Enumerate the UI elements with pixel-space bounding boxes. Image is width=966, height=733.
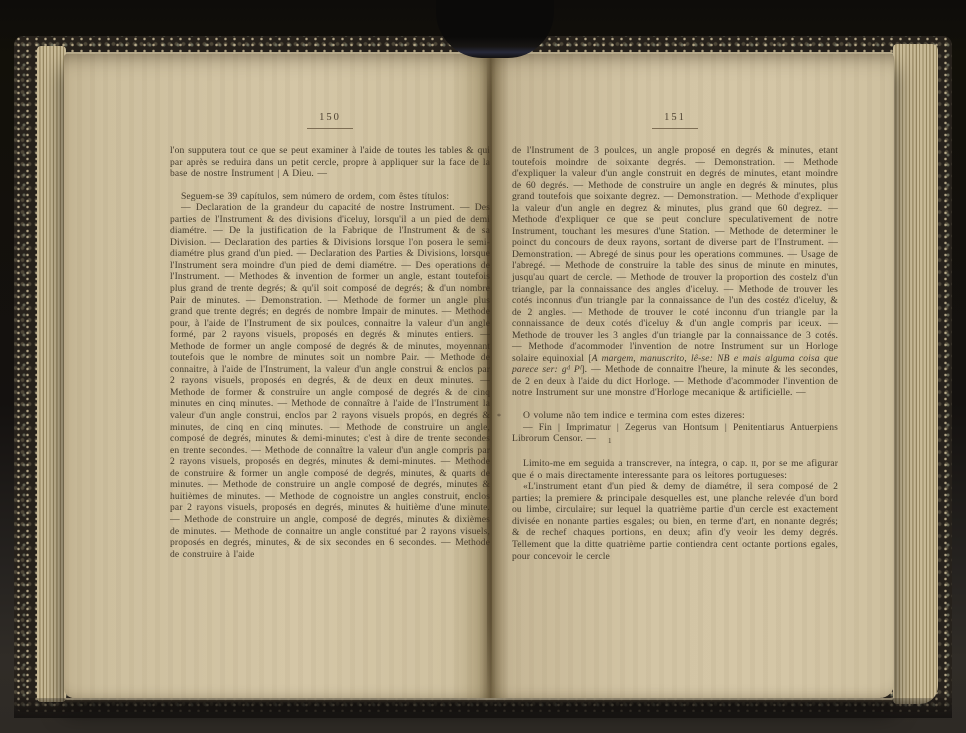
page-number-rule bbox=[652, 128, 698, 129]
open-pages: 150 l'on supputera tout ce que se peut e… bbox=[64, 54, 894, 698]
page-edges-right bbox=[893, 44, 938, 704]
page-number: 151 bbox=[512, 112, 838, 123]
text-run: — Declaration de la grandeur du capacité… bbox=[170, 202, 490, 559]
page-151-text-block: 151 de l'Instrument de 3 poulces, un ang… bbox=[512, 112, 838, 562]
text-run: de l'Instrument de 3 poulces, un angle p… bbox=[512, 145, 838, 364]
page-number-rule bbox=[307, 128, 353, 129]
page-number: 150 bbox=[170, 112, 490, 123]
page-edges-left bbox=[37, 46, 66, 702]
page-150: 150 l'on supputera tout ce que se peut e… bbox=[64, 54, 490, 698]
book-photo: 150 l'on supputera tout ce que se peut e… bbox=[0, 0, 966, 733]
paragraph: — Fin | Imprimatur | Zegerus van Hontsum… bbox=[512, 422, 838, 448]
margin-annotation-mark: * bbox=[497, 411, 501, 423]
text-run: l'on supputera tout ce que se peut exami… bbox=[170, 145, 490, 179]
text-run: 1 bbox=[608, 437, 612, 445]
text-run: «L'instrument etant d'un pied & demy de … bbox=[512, 481, 838, 561]
text-run: O volume não tem indice e termina com es… bbox=[523, 410, 745, 421]
paragraph: de l'Instrument de 3 poulces, un angle p… bbox=[512, 145, 838, 399]
paragraph: Limito-me em seguida a transcrever, na í… bbox=[512, 458, 838, 481]
paragraph: «L'instrument etant d'un pied & demy de … bbox=[512, 481, 838, 562]
paragraph: — Declaration de la grandeur du capacité… bbox=[170, 202, 490, 560]
paragraph: Seguem-se 39 capítulos, sem número de or… bbox=[170, 191, 490, 203]
page-text: de l'Instrument de 3 poulces, un angle p… bbox=[512, 145, 838, 562]
text-run: — Fin | Imprimatur | Zegerus van Hontsum… bbox=[512, 422, 838, 445]
page-150-text-block: 150 l'on supputera tout ce que se peut e… bbox=[170, 112, 490, 560]
text-run: Seguem-se 39 capítulos, sem número de or… bbox=[181, 191, 449, 202]
page-151: 151 de l'Instrument de 3 poulces, un ang… bbox=[490, 54, 894, 698]
paragraph: *O volume não tem indice e termina com e… bbox=[512, 410, 838, 422]
paragraph: l'on supputera tout ce que se peut exami… bbox=[170, 145, 490, 180]
bottom-shadow bbox=[14, 698, 952, 718]
text-run: Limito-me em seguida a transcrever, na í… bbox=[523, 458, 751, 469]
page-text: l'on supputera tout ce que se peut exami… bbox=[170, 145, 490, 560]
